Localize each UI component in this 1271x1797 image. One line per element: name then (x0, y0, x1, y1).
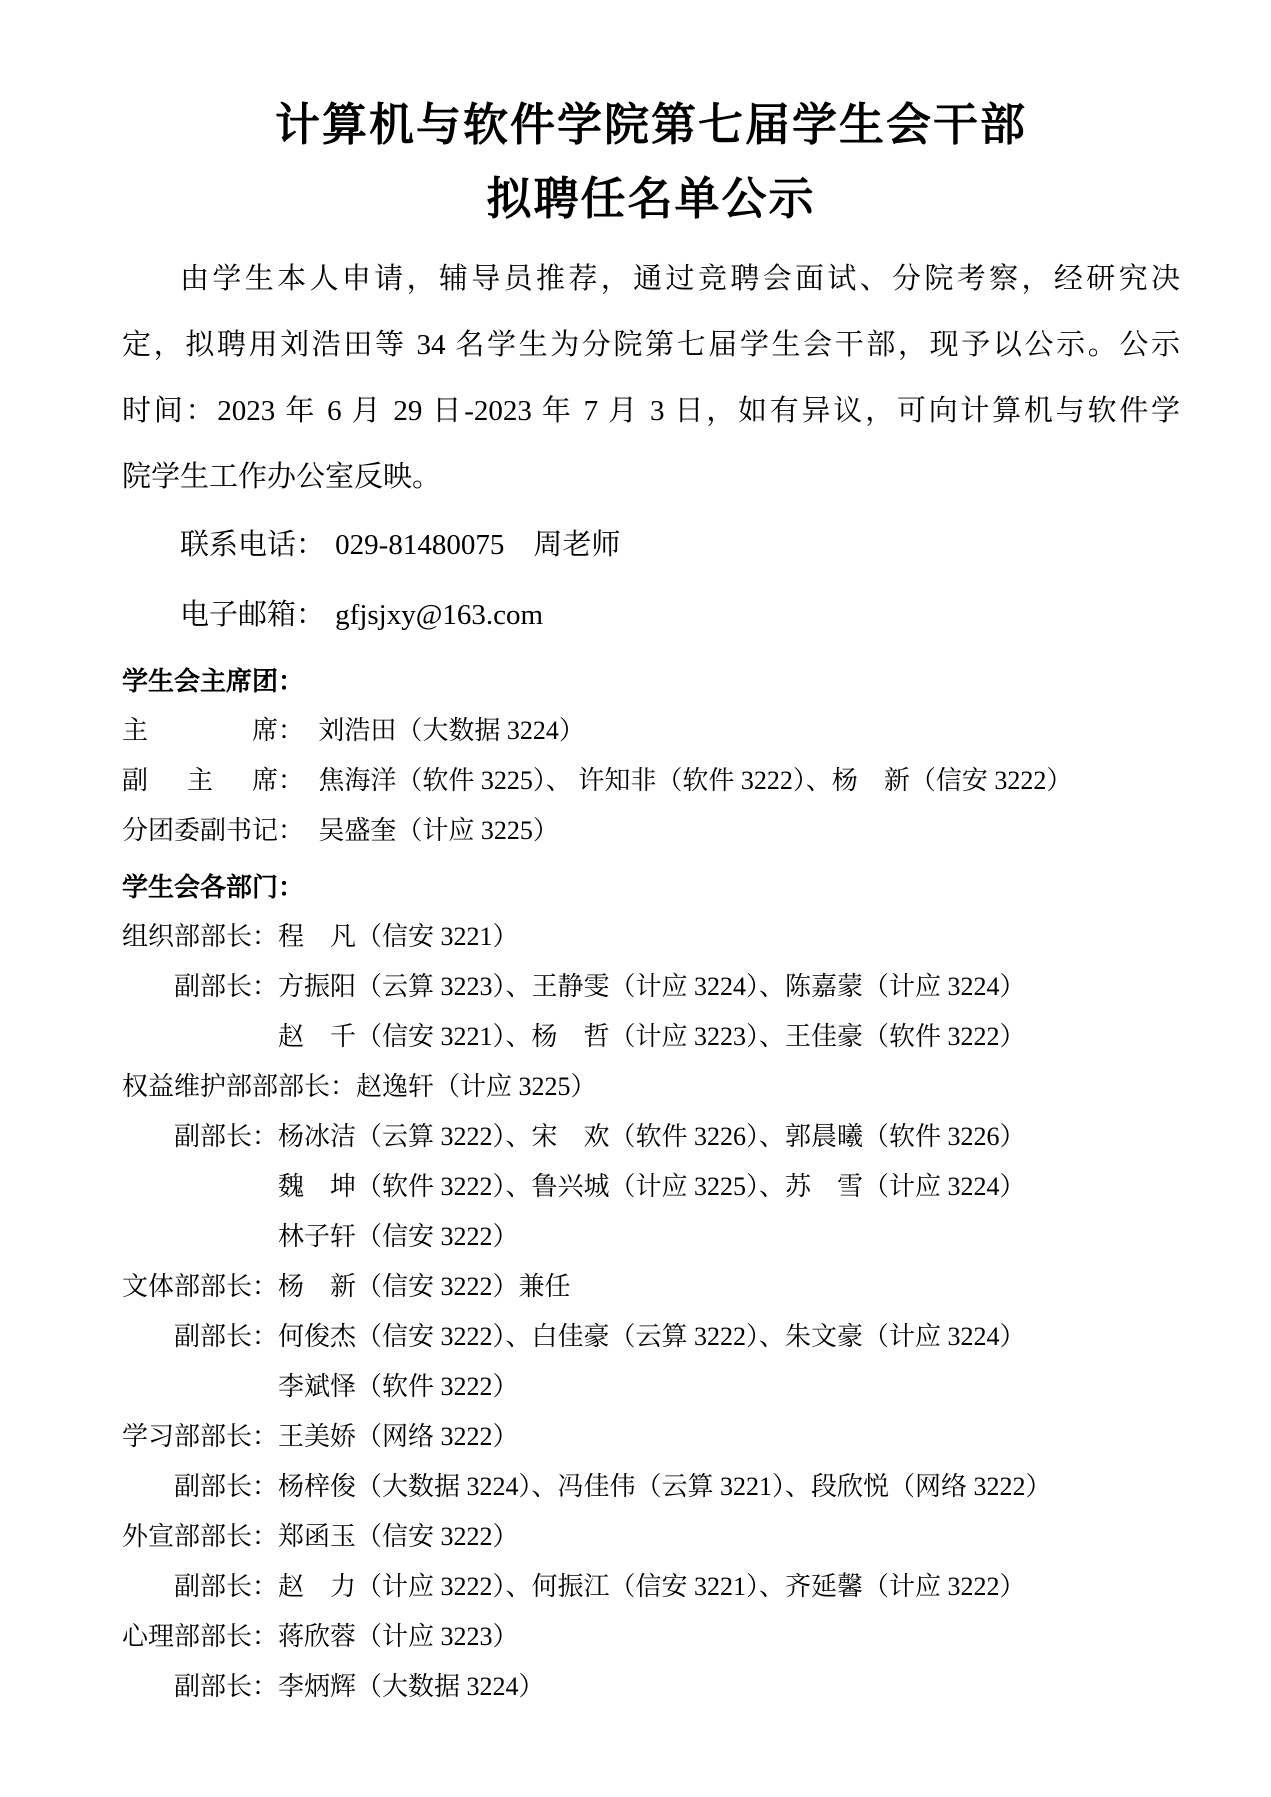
department-members: 蒋欣蓉（计应 3223） (278, 1622, 519, 1651)
department-label: 副部长： (174, 972, 278, 1001)
presidium-row-league-secretary: 分团委副书记：吴盛奎（计应 3225） (122, 806, 1180, 856)
department-row: 赵 千（信安 3221）、杨 哲（计应 3223）、王佳豪（软件 3222） (122, 1012, 1180, 1062)
role-label: 主席 (122, 706, 278, 756)
department-members: 杨 新（信安 3222）兼任 (278, 1272, 571, 1301)
departments-heading: 学生会各部门： (122, 862, 1180, 912)
department-row: 权益维护部部部长：赵逸轩（计应 3225） (122, 1062, 1180, 1112)
contact-email-line: 电子邮箱：gfjsjxy@163.com (122, 580, 1180, 650)
presidium-heading: 学生会主席团： (122, 656, 1180, 706)
department-label: 组织部部长： (122, 922, 278, 951)
department-members: 杨梓俊（大数据 3224）、冯佳伟（云算 3221）、段欣悦（网络 3222） (278, 1472, 1052, 1501)
teacher-name: 周老师 (533, 529, 620, 561)
department-members: 郑函玉（信安 3222） (278, 1522, 519, 1551)
department-label: 心理部部长： (122, 1622, 278, 1651)
department-row: 文体部部长：杨 新（信安 3222）兼任 (122, 1262, 1180, 1312)
department-row: 副部长：李炳辉（大数据 3224） (122, 1662, 1180, 1712)
department-label: 副部长： (174, 1672, 278, 1701)
department-members: 杨冰洁（云算 3222）、宋 欢（软件 3226）、郭晨曦（软件 3226） (278, 1122, 1026, 1151)
member-names: 焦海洋（软件 3225）、 许知非（软件 3222）、杨 新（信安 3222） (318, 766, 1072, 795)
department-label: 副部长： (174, 1472, 278, 1501)
document-title: 计算机与软件学院第七届学生会干部 拟聘任名单公示 (122, 88, 1180, 236)
department-members: 方振阳（云算 3223）、王静雯（计应 3224）、陈嘉蒙（计应 3224） (278, 972, 1026, 1001)
document-page: 计算机与软件学院第七届学生会干部 拟聘任名单公示 由学生本人申请，辅导员推荐，通… (0, 0, 1271, 1797)
role-colon: ： (278, 716, 304, 745)
role-label: 分团委副书记 (122, 806, 278, 856)
phone-number: 029-81480075 (335, 529, 504, 561)
department-row: 组织部部长：程 凡（信安 3221） (122, 912, 1180, 962)
department-members: 程 凡（信安 3221） (278, 922, 519, 951)
department-members: 王美娇（网络 3222） (278, 1422, 519, 1451)
intro-line-2: 定，拟聘用刘浩田等 34 名学生为分院第七届学生会干部，现予以公示。公示 (122, 312, 1180, 378)
email-address: gfjsjxy@163.com (335, 599, 543, 631)
department-members: 赵逸轩（计应 3225） (356, 1072, 597, 1101)
phone-label: 联系电话： (180, 529, 325, 561)
department-label: 副部长： (174, 1572, 278, 1601)
intro-paragraph: 由学生本人申请，辅导员推荐，通过竞聘会面试、分院考察，经研究决 定，拟聘用刘浩田… (122, 246, 1180, 510)
department-members: 魏 坤（软件 3222）、鲁兴城（计应 3225）、苏 雪（计应 3224） (278, 1172, 1026, 1201)
document-title-line-2: 拟聘任名单公示 (122, 162, 1180, 236)
department-members: 李炳辉（大数据 3224） (278, 1672, 545, 1701)
roster: 学生会主席团： 主席：刘浩田（大数据 3224） 副主席：焦海洋（软件 3225… (122, 656, 1180, 1712)
department-row: 外宣部部长：郑函玉（信安 3222） (122, 1512, 1180, 1562)
department-row: 心理部部长：蒋欣蓉（计应 3223） (122, 1612, 1180, 1662)
department-members: 赵 千（信安 3221）、杨 哲（计应 3223）、王佳豪（软件 3222） (278, 1022, 1026, 1051)
department-label: 文体部部长： (122, 1272, 278, 1301)
department-row: 副部长：何俊杰（信安 3222）、白佳豪（云算 3222）、朱文豪（计应 322… (122, 1312, 1180, 1362)
contact-block: 联系电话：029-81480075周老师 电子邮箱：gfjsjxy@163.co… (122, 510, 1180, 650)
member-names: 刘浩田（大数据 3224） (318, 716, 585, 745)
department-members: 何俊杰（信安 3222）、白佳豪（云算 3222）、朱文豪（计应 3224） (278, 1322, 1026, 1351)
member-names: 吴盛奎（计应 3225） (318, 816, 559, 845)
department-row: 副部长：赵 力（计应 3222）、何振江（信安 3221）、齐延馨（计应 322… (122, 1562, 1180, 1612)
department-label: 外宣部部长： (122, 1522, 278, 1551)
department-row: 李斌怿（软件 3222） (122, 1362, 1180, 1412)
department-label: 副部长： (174, 1322, 278, 1351)
department-row: 魏 坤（软件 3222）、鲁兴城（计应 3225）、苏 雪（计应 3224） (122, 1162, 1180, 1212)
document-title-line-1: 计算机与软件学院第七届学生会干部 (122, 88, 1180, 162)
department-members: 林子轩（信安 3222） (278, 1222, 519, 1251)
intro-line-4: 院学生工作办公室反映。 (122, 444, 1180, 510)
department-row: 副部长：杨梓俊（大数据 3224）、冯佳伟（云算 3221）、段欣悦（网络 32… (122, 1462, 1180, 1512)
presidium-row-vice-chairmen: 副主席：焦海洋（软件 3225）、 许知非（软件 3222）、杨 新（信安 32… (122, 756, 1180, 806)
department-row: 林子轩（信安 3222） (122, 1212, 1180, 1262)
role-colon: ： (278, 816, 304, 845)
email-label: 电子邮箱： (180, 599, 325, 631)
department-members: 李斌怿（软件 3222） (278, 1372, 519, 1401)
department-label: 副部长： (174, 1122, 278, 1151)
intro-line-1: 由学生本人申请，辅导员推荐，通过竞聘会面试、分院考察，经研究决 (122, 246, 1180, 312)
department-row: 学习部部长：王美娇（网络 3222） (122, 1412, 1180, 1462)
department-label: 学习部部长： (122, 1422, 278, 1451)
presidium-row-chairman: 主席：刘浩田（大数据 3224） (122, 706, 1180, 756)
department-label: 权益维护部部部长： (122, 1072, 356, 1101)
role-colon: ： (278, 766, 304, 795)
department-members: 赵 力（计应 3222）、何振江（信安 3221）、齐延馨（计应 3222） (278, 1572, 1026, 1601)
department-row: 副部长：方振阳（云算 3223）、王静雯（计应 3224）、陈嘉蒙（计应 322… (122, 962, 1180, 1012)
department-row: 副部长：杨冰洁（云算 3222）、宋 欢（软件 3226）、郭晨曦（软件 322… (122, 1112, 1180, 1162)
role-label: 副主席 (122, 756, 278, 806)
intro-line-3: 时间：2023 年 6 月 29 日-2023 年 7 月 3 日，如有异议，可… (122, 378, 1180, 444)
contact-phone-line: 联系电话：029-81480075周老师 (122, 510, 1180, 580)
